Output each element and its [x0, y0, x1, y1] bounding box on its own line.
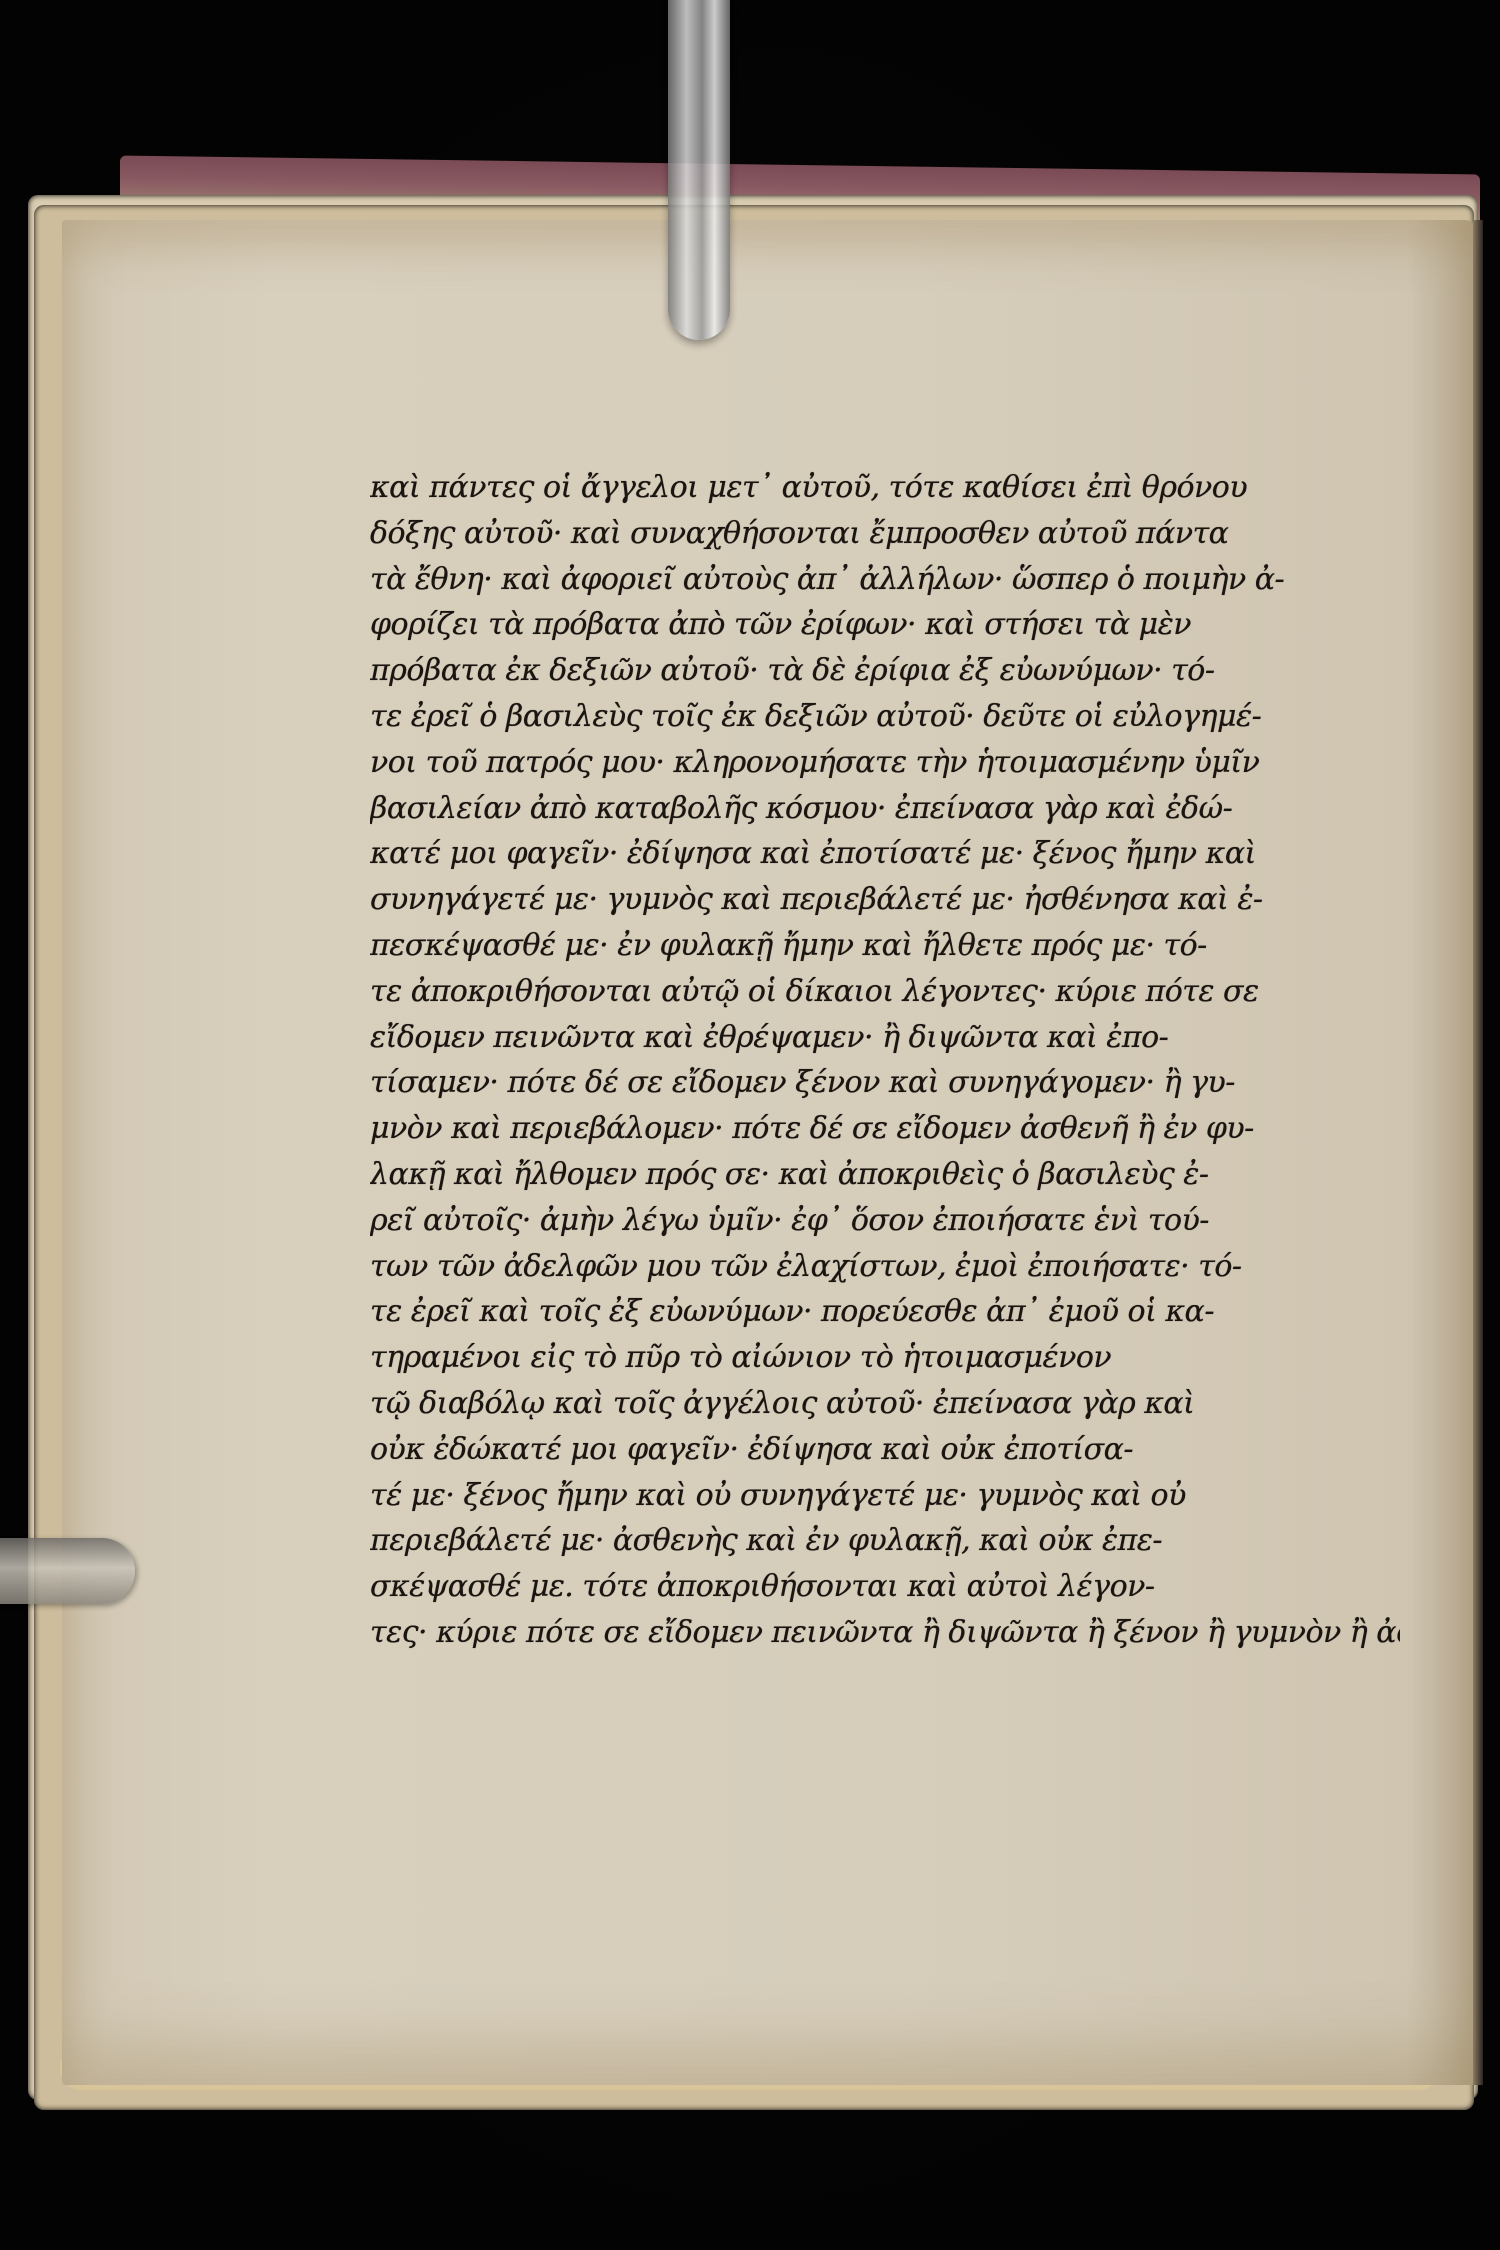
text-line: τὰ ἔθνη· καὶ ἀφοριεῖ αὐτοὺς ἀπ᾽ ἀλλήλων·… [370, 557, 1400, 603]
text-line: τε ἐρεῖ ὁ βασιλεὺς τοῖς ἐκ δεξιῶν αὐτοῦ·… [370, 694, 1400, 740]
text-line: φορίζει τὰ πρόβατα ἀπὸ τῶν ἐρίφων· καὶ σ… [370, 602, 1400, 648]
text-line: οὐκ ἐδώκατέ μοι φαγεῖν· ἐδίψησα καὶ οὐκ … [370, 1427, 1400, 1473]
text-line: κατέ μοι φαγεῖν· ἐδίψησα καὶ ἐποτίσατέ μ… [370, 831, 1400, 877]
text-line: περιεβάλετέ με· ἀσθενὴς καὶ ἐν φυλακῇ, κ… [370, 1518, 1400, 1564]
glass-page-weight-top [668, 0, 730, 340]
text-line: νοι τοῦ πατρός μου· κληρονομήσατε τὴν ἡτ… [370, 740, 1400, 786]
text-line: βασιλείαν ἀπὸ καταβολῆς κόσμου· ἐπείνασα… [370, 786, 1400, 832]
text-line: σκέψασθέ με. τότε ἀποκριθήσονται καὶ αὐτ… [370, 1564, 1400, 1610]
text-line: μνὸν καὶ περιεβάλομεν· πότε δέ σε εἴδομε… [370, 1106, 1400, 1152]
text-line: εἴδομεν πεινῶντα καὶ ἐθρέψαμεν· ἢ διψῶντ… [370, 1015, 1400, 1061]
text-line: τῷ διαβόλῳ καὶ τοῖς ἀγγέλοις αὐτοῦ· ἐπεί… [370, 1381, 1400, 1427]
text-line: των τῶν ἀδελφῶν μου τῶν ἐλαχίστων, ἐμοὶ … [370, 1244, 1400, 1290]
text-line: λακῇ καὶ ἤλθομεν πρός σε· καὶ ἀποκριθεὶς… [370, 1152, 1400, 1198]
text-line: τες· κύριε πότε σε εἴδομεν πεινῶντα ἢ δι… [370, 1610, 1400, 1656]
manuscript-text-block: καὶ πάντες οἱ ἄγγελοι μετ᾽ αὐτοῦ, τότε κ… [370, 465, 1400, 1656]
text-line: τε ἐρεῖ καὶ τοῖς ἐξ εὐωνύμων· πορεύεσθε … [370, 1289, 1400, 1335]
text-line: τέ με· ξένος ἤμην καὶ οὐ συνηγάγετέ με· … [370, 1473, 1400, 1519]
glass-page-weight-left [0, 1538, 135, 1604]
text-line: πρόβατα ἐκ δεξιῶν αὐτοῦ· τὰ δὲ ἐρίφια ἐξ… [370, 648, 1400, 694]
text-line: ρεῖ αὐτοῖς· ἀμὴν λέγω ὑμῖν· ἐφ᾽ ὅσον ἐπο… [370, 1198, 1400, 1244]
text-line: πεσκέψασθέ με· ἐν φυλακῇ ἤμην καὶ ἤλθετε… [370, 923, 1400, 969]
text-line: δόξης αὐτοῦ· καὶ συναχθήσονται ἔμπροσθεν… [370, 511, 1400, 557]
text-line: τίσαμεν· πότε δέ σε εἴδομεν ξένον καὶ συ… [370, 1060, 1400, 1106]
text-line: καὶ πάντες οἱ ἄγγελοι μετ᾽ αὐτοῦ, τότε κ… [370, 465, 1400, 511]
text-line: συνηγάγετέ με· γυμνὸς καὶ περιεβάλετέ με… [370, 877, 1400, 923]
text-line: τε ἀποκριθήσονται αὐτῷ οἱ δίκαιοι λέγοντ… [370, 969, 1400, 1015]
text-line: τηραμένοι εἰς τὸ πῦρ τὸ αἰώνιον τὸ ἡτοιμ… [370, 1335, 1400, 1381]
